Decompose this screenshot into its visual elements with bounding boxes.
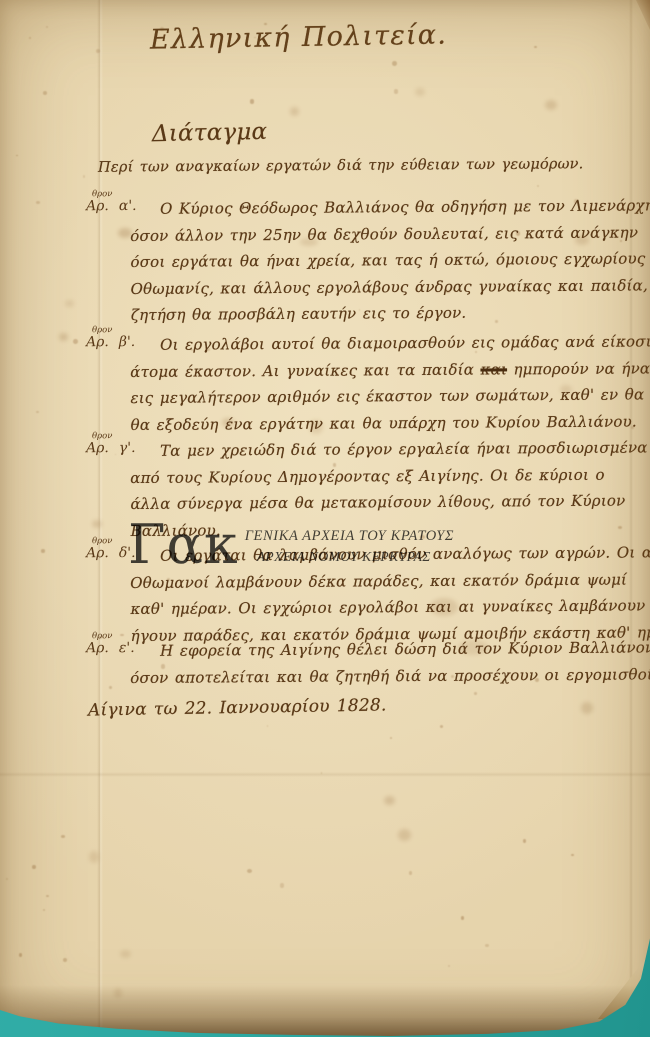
decree-subtitle: Περί των αναγκαίων εργατών διά την εύθει… <box>98 156 584 175</box>
bottom-edge-shadow <box>0 985 650 1037</box>
article-β: θρονΑρ.β'.Οι εργολάβοι αυτοί θα διαμοιρα… <box>130 333 611 442</box>
article-line: Οι εργάται θα λαμβάνουν μισθόν αναλόγως … <box>130 544 610 574</box>
article-line: Ο Κύριος Θεόδωρος Βαλλιάνος θα οδηγήση μ… <box>130 197 610 227</box>
article-line: Οι εργολάβοι αυτοί θα διαμοιρασθούν εις … <box>130 333 610 363</box>
scan-background: Ελληνική Πολιτεία. Διάταγμα Περί των ανα… <box>0 0 650 1037</box>
document-title: Ελληνική Πολιτεία. <box>150 19 448 55</box>
article-line: όσον αποτελείται και θα ζητηθή διά να πρ… <box>130 665 610 695</box>
article-marker: θρονΑρ.δ'. <box>86 545 136 561</box>
article-marker: θρονΑρ.ε'. <box>86 640 135 656</box>
article-line: από τους Κυρίους Δημογέροντας εξ Αιγίνης… <box>130 465 610 495</box>
document-page: Ελληνική Πολιτεία. Διάταγμα Περί των ανα… <box>0 0 650 1037</box>
top-right-corner-nick <box>636 0 650 30</box>
article-marker: θρονΑρ.β'. <box>86 334 135 350</box>
article-δ: θρονΑρ.δ'.Οι εργάται θα λαμβάνουν μισθόν… <box>130 544 611 653</box>
vertical-fold-crease <box>97 0 103 1037</box>
article-line: Οθωμανίς, και άλλους εργολάβους άνδρας γ… <box>131 276 611 306</box>
article-line: άλλα σύνεργα μέσα θα μετακομίσουν λίθους… <box>130 492 610 522</box>
article-line: Τα μεν χρειώδη διά το έργον εργαλεία ήνα… <box>130 439 610 469</box>
article-line: Η εφορεία της Αιγίνης θέλει δώση διά τον… <box>130 639 610 669</box>
article-line: θα εξοδεύη ένα εργάτην και θα υπάρχη του… <box>131 412 611 442</box>
article-line: ζητήση θα προσβάλη εαυτήν εις το έργον. <box>131 303 611 333</box>
article-γ: θρονΑρ.γ'.Τα μεν χρειώδη διά το έργον ερ… <box>130 439 611 548</box>
article-α: θρονΑρ.α'.Ο Κύριος Θεόδωρος Βαλλιάνος θα… <box>130 197 611 333</box>
article-line: άτομα έκαστον. Αι γυναίκες και τα παιδία… <box>130 359 610 389</box>
article-line: όσον άλλον την 25ην θα δεχθούν δουλευταί… <box>130 223 610 253</box>
article-marker: θρονΑρ.γ'. <box>86 440 136 456</box>
article-line: εις μεγαλήτερον αριθμόν εις έκαστον των … <box>130 386 610 416</box>
date-line: Αίγινα τω 22. Ιαννουαρίου 1828. <box>88 695 387 720</box>
article-line: όσοι εργάται θα ήναι χρεία, και τας ή οκ… <box>130 250 610 280</box>
article-line: Οθωμανοί λαμβάνουν δέκα παράδες, και εκα… <box>130 570 610 600</box>
decree-heading: Διάταγμα <box>152 119 268 147</box>
struck-word: και <box>480 360 507 378</box>
article-line: καθ' ημέραν. Οι εγχώριοι εργολάβοι και α… <box>130 597 610 627</box>
horizontal-fold-crease <box>0 772 650 777</box>
article-ε: θρονΑρ.ε'.Η εφορεία της Αιγίνης θέλει δώ… <box>130 639 610 695</box>
vertical-fold-crease <box>629 0 633 1037</box>
